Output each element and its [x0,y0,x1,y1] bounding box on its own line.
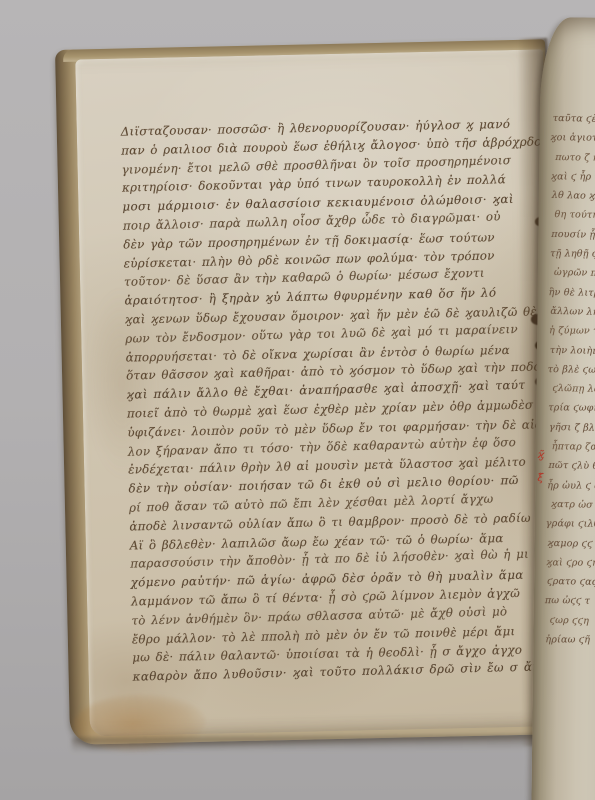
right-page-text-fragment: ϛωρ ϛϛη [549,611,595,632]
right-page-text-fragment: τρία ϛωφηρ [548,399,595,419]
right-page-text-fragment: πω ὠϛϛ τ [545,592,595,612]
right-page-text-fragment: τὸ βλὲ ϛωλλ [548,360,595,380]
right-page-text-fragment: γράφι ϛιλθ [546,514,595,534]
left-page-surface: Διϊσταζουσαν· ποσσῶσ· ἢ λθενορυορίζουσαν… [75,49,558,736]
right-page-text-fragment: ἡ ζύμων τε λ [549,322,595,342]
right-page-text-fragment: πωτο ζ ἡμῶ ἄι [555,148,595,169]
right-page-text-fragment: ἣν θὲ λιτρ ζω [549,283,595,303]
right-page-text-fragment: ϛρατο ϛαϛ [547,572,595,593]
right-page-text-fragment: ϗατρ ὠσ ητι [551,495,595,516]
right-page-text-fragment: τῇ ληθῇ ϛω [550,244,595,264]
manuscript-photo-scene: Διϊσταζουσαν· ποσσῶσ· ἢ λθενορυορίζουσαν… [0,0,595,800]
right-page-text-fragment: ϗαμορ ϛϛ ω [547,533,595,554]
right-page-text-fragment: πουσίν ᾗ πο [551,225,595,246]
right-page-text-fragment: λθ λαο ϗλ ϛηε [552,186,595,207]
right-page-text-fragment: ἧπταρ ζαητ [552,437,595,457]
right-page-text-fragment: πῶτ ϛλὺ θτ [548,456,595,477]
right-page-text-fragment: ἄλλων λη ητο [550,302,595,323]
right-page: ταῦτα ϛὲ λοιποϗοι ἁγιοτροπωτο ζ ἡμῶ ἄιϗα… [531,17,595,800]
left-page: Διϊσταζουσαν· ποσσῶσ· ἢ λθενορυορίζουσαν… [55,39,560,745]
right-page-text-fragment: ϗαὶ ϛρο ϛη [546,553,595,573]
rubric-mark: ξ̃ [537,473,543,483]
right-page-text-block: ταῦτα ϛὲ λοιποϗοι ἁγιοτροπωτο ζ ἡμῶ ἄιϗα… [544,109,595,650]
right-page-text-fragment: ἠρίαω ϛῆ [545,630,595,650]
right-page-text-fragment: ταῦτα ϛὲ λοιπο [553,109,595,130]
right-page-text-fragment: ϛλῶπῃ λωρ [552,379,595,400]
right-page-text-fragment: γῆσι ζ βληε [549,418,595,439]
right-page-text-fragment: ἦρ ὠυλ ϛ ωλ [547,476,595,496]
right-page-text-fragment: ϗαὶ ϛ ἧρ τρε [551,167,595,187]
right-page-text-fragment: ὠγρῶν πτιλο [554,263,595,284]
left-page-text-block: Διϊσταζουσαν· ποσσῶσ· ἢ λθενορυορίζουσαν… [121,114,513,686]
right-page-text-fragment: τὴν λοιὴν ζ ιγ [550,340,595,361]
book-bottom-shadow [72,734,544,752]
rubric-mark: ϗ̃ [538,450,545,460]
right-page-text-fragment: θη τούτη ϛπτη [554,206,595,226]
right-page-text-fragment: ϗοι ἁγιοτρο [550,128,595,148]
